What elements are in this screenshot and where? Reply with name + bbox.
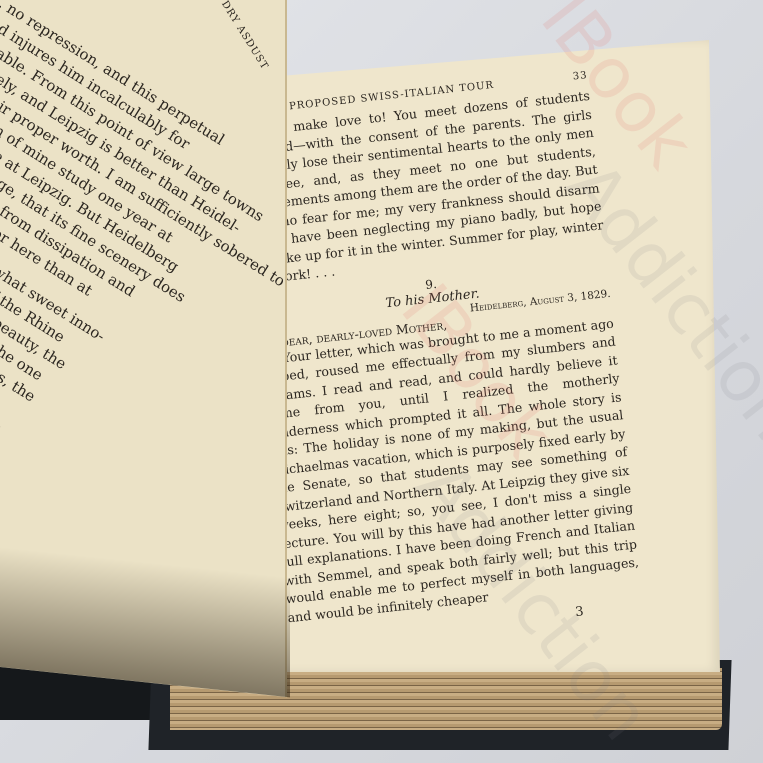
right-page-text: PROPOSED SWISS-ITALIAN TOUR 33 here to m… bbox=[234, 70, 644, 650]
continuation-paragraph: here to make love to! You meet dozens of… bbox=[236, 87, 606, 290]
letter-body: Your letter, which was brought to me a m… bbox=[260, 314, 642, 627]
page-number: 33 bbox=[572, 70, 588, 82]
